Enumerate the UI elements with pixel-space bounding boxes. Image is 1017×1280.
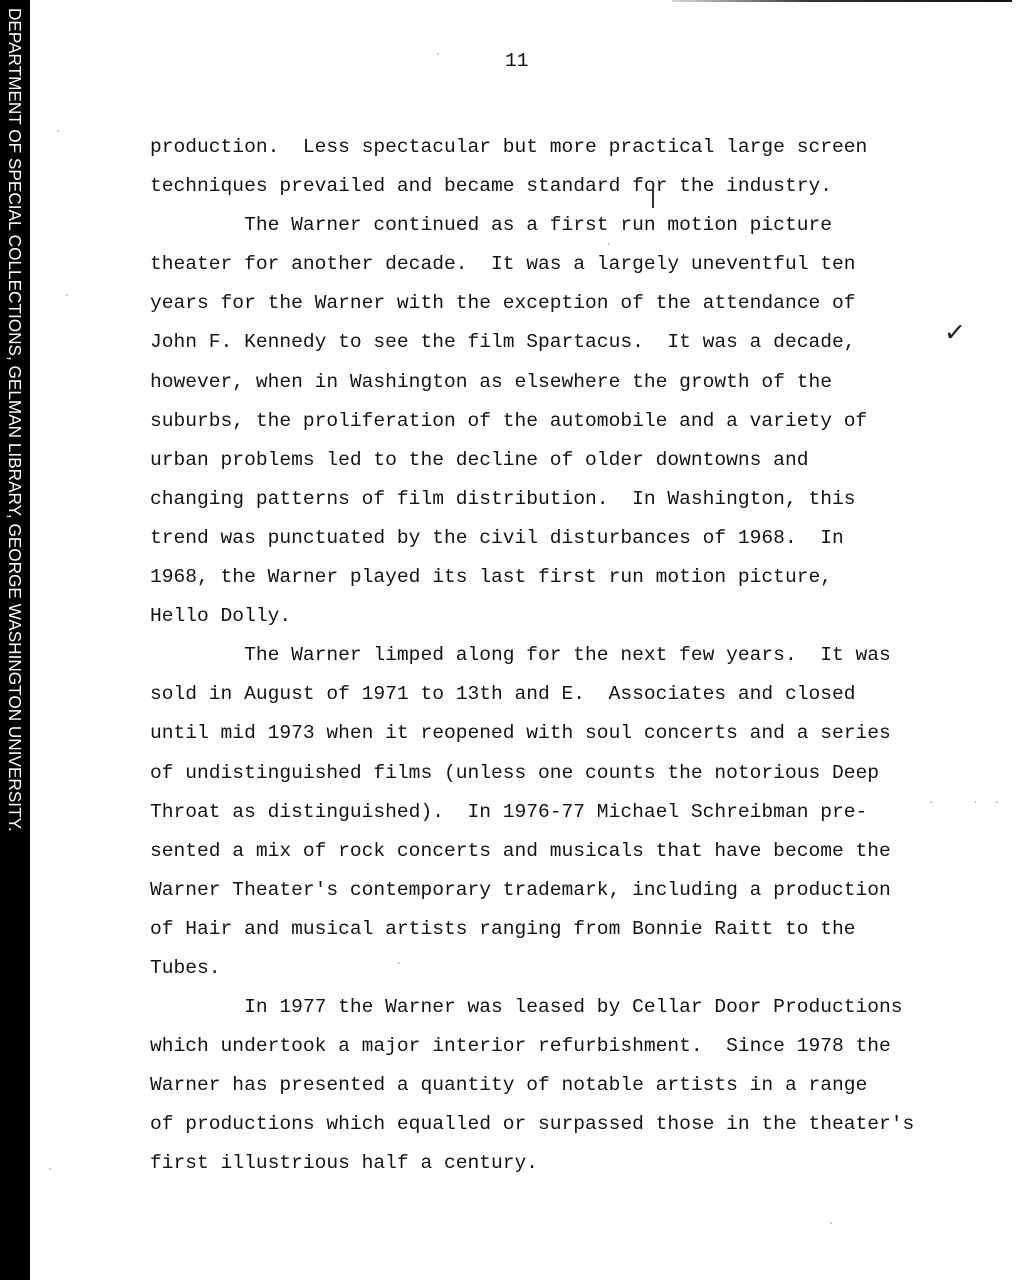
text-line: Warner has presented a quantity of notab… [150, 1066, 1010, 1105]
scan-speck [49, 1168, 51, 1170]
text-line: suburbs, the proliferation of the automo… [150, 402, 1010, 441]
page-number: 11 [505, 50, 529, 72]
text-line: sold in August of 1971 to 13th and E. As… [150, 675, 1010, 714]
text-line: of Hair and musical artists ranging from… [150, 910, 1010, 949]
text-line: 1968, the Warner played its last first r… [150, 558, 1010, 597]
text-line: of undistinguished films (unless one cou… [150, 754, 1010, 793]
text-line: first illustrious half a century. [150, 1144, 1010, 1183]
text-line: In 1977 the Warner was leased by Cellar … [150, 988, 1010, 1027]
text-line: trend was punctuated by the civil distur… [150, 519, 1010, 558]
scan-speck [996, 801, 998, 803]
scan-speck [437, 53, 439, 55]
text-line: of productions which equalled or surpass… [150, 1105, 1010, 1144]
text-line: sented a mix of rock concerts and musica… [150, 832, 1010, 871]
scan-speck [398, 962, 400, 964]
archive-attribution-text: DEPARTMENT OF SPECIAL COLLECTIONS, GELMA… [2, 8, 28, 832]
text-line: production. Less spectacular but more pr… [150, 128, 1010, 167]
text-line: changing patterns of film distribution. … [150, 480, 1010, 519]
text-line: urban problems led to the decline of old… [150, 441, 1010, 480]
scan-edge-rule [672, 0, 1012, 2]
typed-body-text: production. Less spectacular but more pr… [150, 128, 1010, 1184]
text-line: Throat as distinguished). In 1976-77 Mic… [150, 793, 1010, 832]
scan-speck [608, 243, 610, 245]
text-line: The Warner limped along for the next few… [150, 636, 1010, 675]
text-line: John F. Kennedy to see the film Spartacu… [150, 323, 1010, 362]
text-line: which undertook a major interior refurbi… [150, 1027, 1010, 1066]
text-line: years for the Warner with the exception … [150, 284, 1010, 323]
text-line: theater for another decade. It was a lar… [150, 245, 1010, 284]
text-line: The Warner continued as a first run moti… [150, 206, 1010, 245]
text-line: techniques prevailed and became standard… [150, 167, 1010, 206]
checkmark-icon: ✓ [943, 317, 967, 348]
text-line: Tubes. [150, 949, 1010, 988]
text-line: Warner Theater's contemporary trademark,… [150, 871, 1010, 910]
text-line: until mid 1973 when it reopened with sou… [150, 714, 1010, 753]
scan-speck [930, 801, 932, 803]
text-line: Hello Dolly. [150, 597, 1010, 636]
scan-speck [66, 294, 68, 296]
scan-speck [830, 1222, 832, 1224]
scan-speck [57, 130, 59, 132]
scan-speck [974, 801, 976, 803]
handwritten-edit-mark [652, 186, 654, 208]
archive-attribution-strip: DEPARTMENT OF SPECIAL COLLECTIONS, GELMA… [0, 0, 30, 1280]
text-line: however, when in Washington as elsewhere… [150, 363, 1010, 402]
